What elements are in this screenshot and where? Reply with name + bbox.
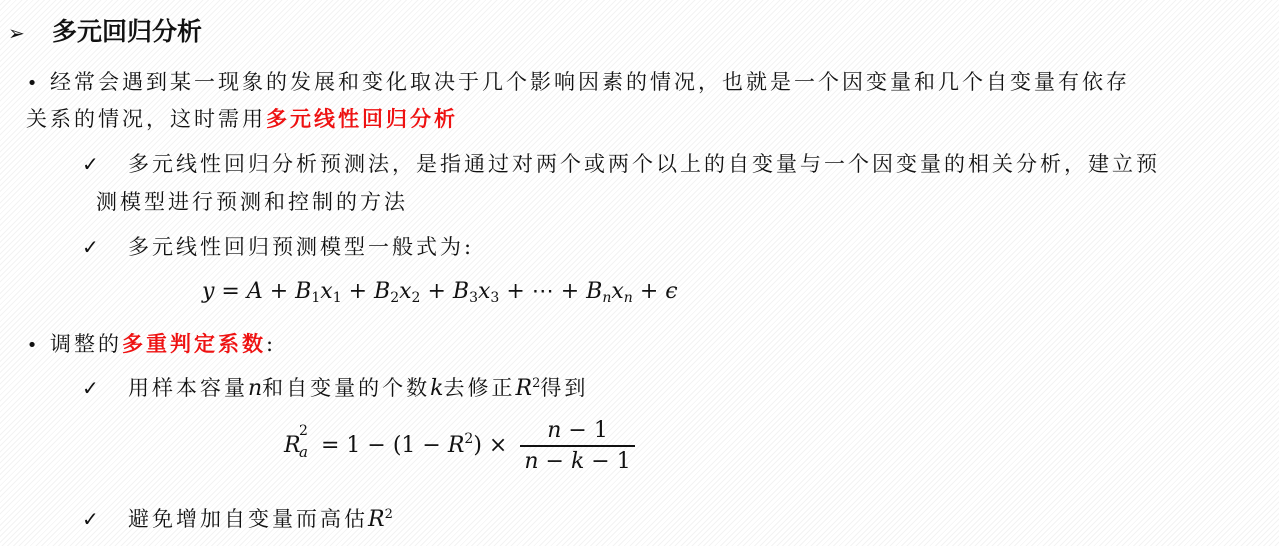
sub-item-4: ✓避免增加自变量而高估R2 <box>82 503 393 533</box>
sub-item-3: ✓用样本容量n和自变量的个数k去修正R2得到 <box>82 372 588 402</box>
fraction: n − 1n − k − 1 <box>520 418 634 474</box>
paragraph-text: 关系的情况，这时需用 <box>26 107 266 131</box>
paragraph-1-line-2: 关系的情况，这时需用多元线性回归分析 <box>26 103 458 133</box>
paragraph-text: 经常会遇到某一现象的发展和变化取决于几个影响因素的情况，也就是一个因变量和几个自… <box>50 70 1130 94</box>
sub-item-1-line-2: 测模型进行预测和控制的方法 <box>96 186 408 216</box>
bullet-icon: • <box>14 73 50 94</box>
colon: : <box>266 332 276 356</box>
checkmark-icon: ✓ <box>82 152 128 176</box>
paragraph-text: 调整的 <box>50 332 122 356</box>
highlight-term: 多重判定系数 <box>122 332 266 356</box>
section-heading: ➢多元回归分析 <box>8 12 202 48</box>
arrow-bullet-icon: ➢ <box>8 21 38 45</box>
sub-item-text: 多元线性回归分析预测法，是指通过对两个或两个以上的自变量与一个因变量的相关分析，… <box>128 152 1160 176</box>
checkmark-icon: ✓ <box>82 376 128 400</box>
sub-item-2: ✓多元线性回归预测模型一般式为: <box>82 231 474 261</box>
sub-item-1-line-1: ✓多元线性回归分析预测法，是指通过对两个或两个以上的自变量与一个因变量的相关分析… <box>82 148 1160 178</box>
checkmark-icon: ✓ <box>82 507 128 531</box>
sub-item-text: 多元线性回归预测模型一般式为: <box>128 235 474 259</box>
regression-formula: y = A + B1x1 + B2x2 + B3x3 + ⋯ + Bnxn + … <box>202 279 678 306</box>
checkmark-icon: ✓ <box>82 235 128 259</box>
paragraph-1-line-1: •经常会遇到某一现象的发展和变化取决于几个影响因素的情况，也就是一个因变量和几个… <box>14 66 1130 96</box>
highlight-term: 多元线性回归分析 <box>266 107 458 131</box>
heading-text: 多元回归分析 <box>52 17 202 46</box>
adjusted-r2-formula: R2a = 1 − (1 − R2) × n − 1n − k − 1 <box>284 418 635 474</box>
bullet-icon: • <box>14 335 50 356</box>
paragraph-2: •调整的多重判定系数: <box>14 328 276 358</box>
